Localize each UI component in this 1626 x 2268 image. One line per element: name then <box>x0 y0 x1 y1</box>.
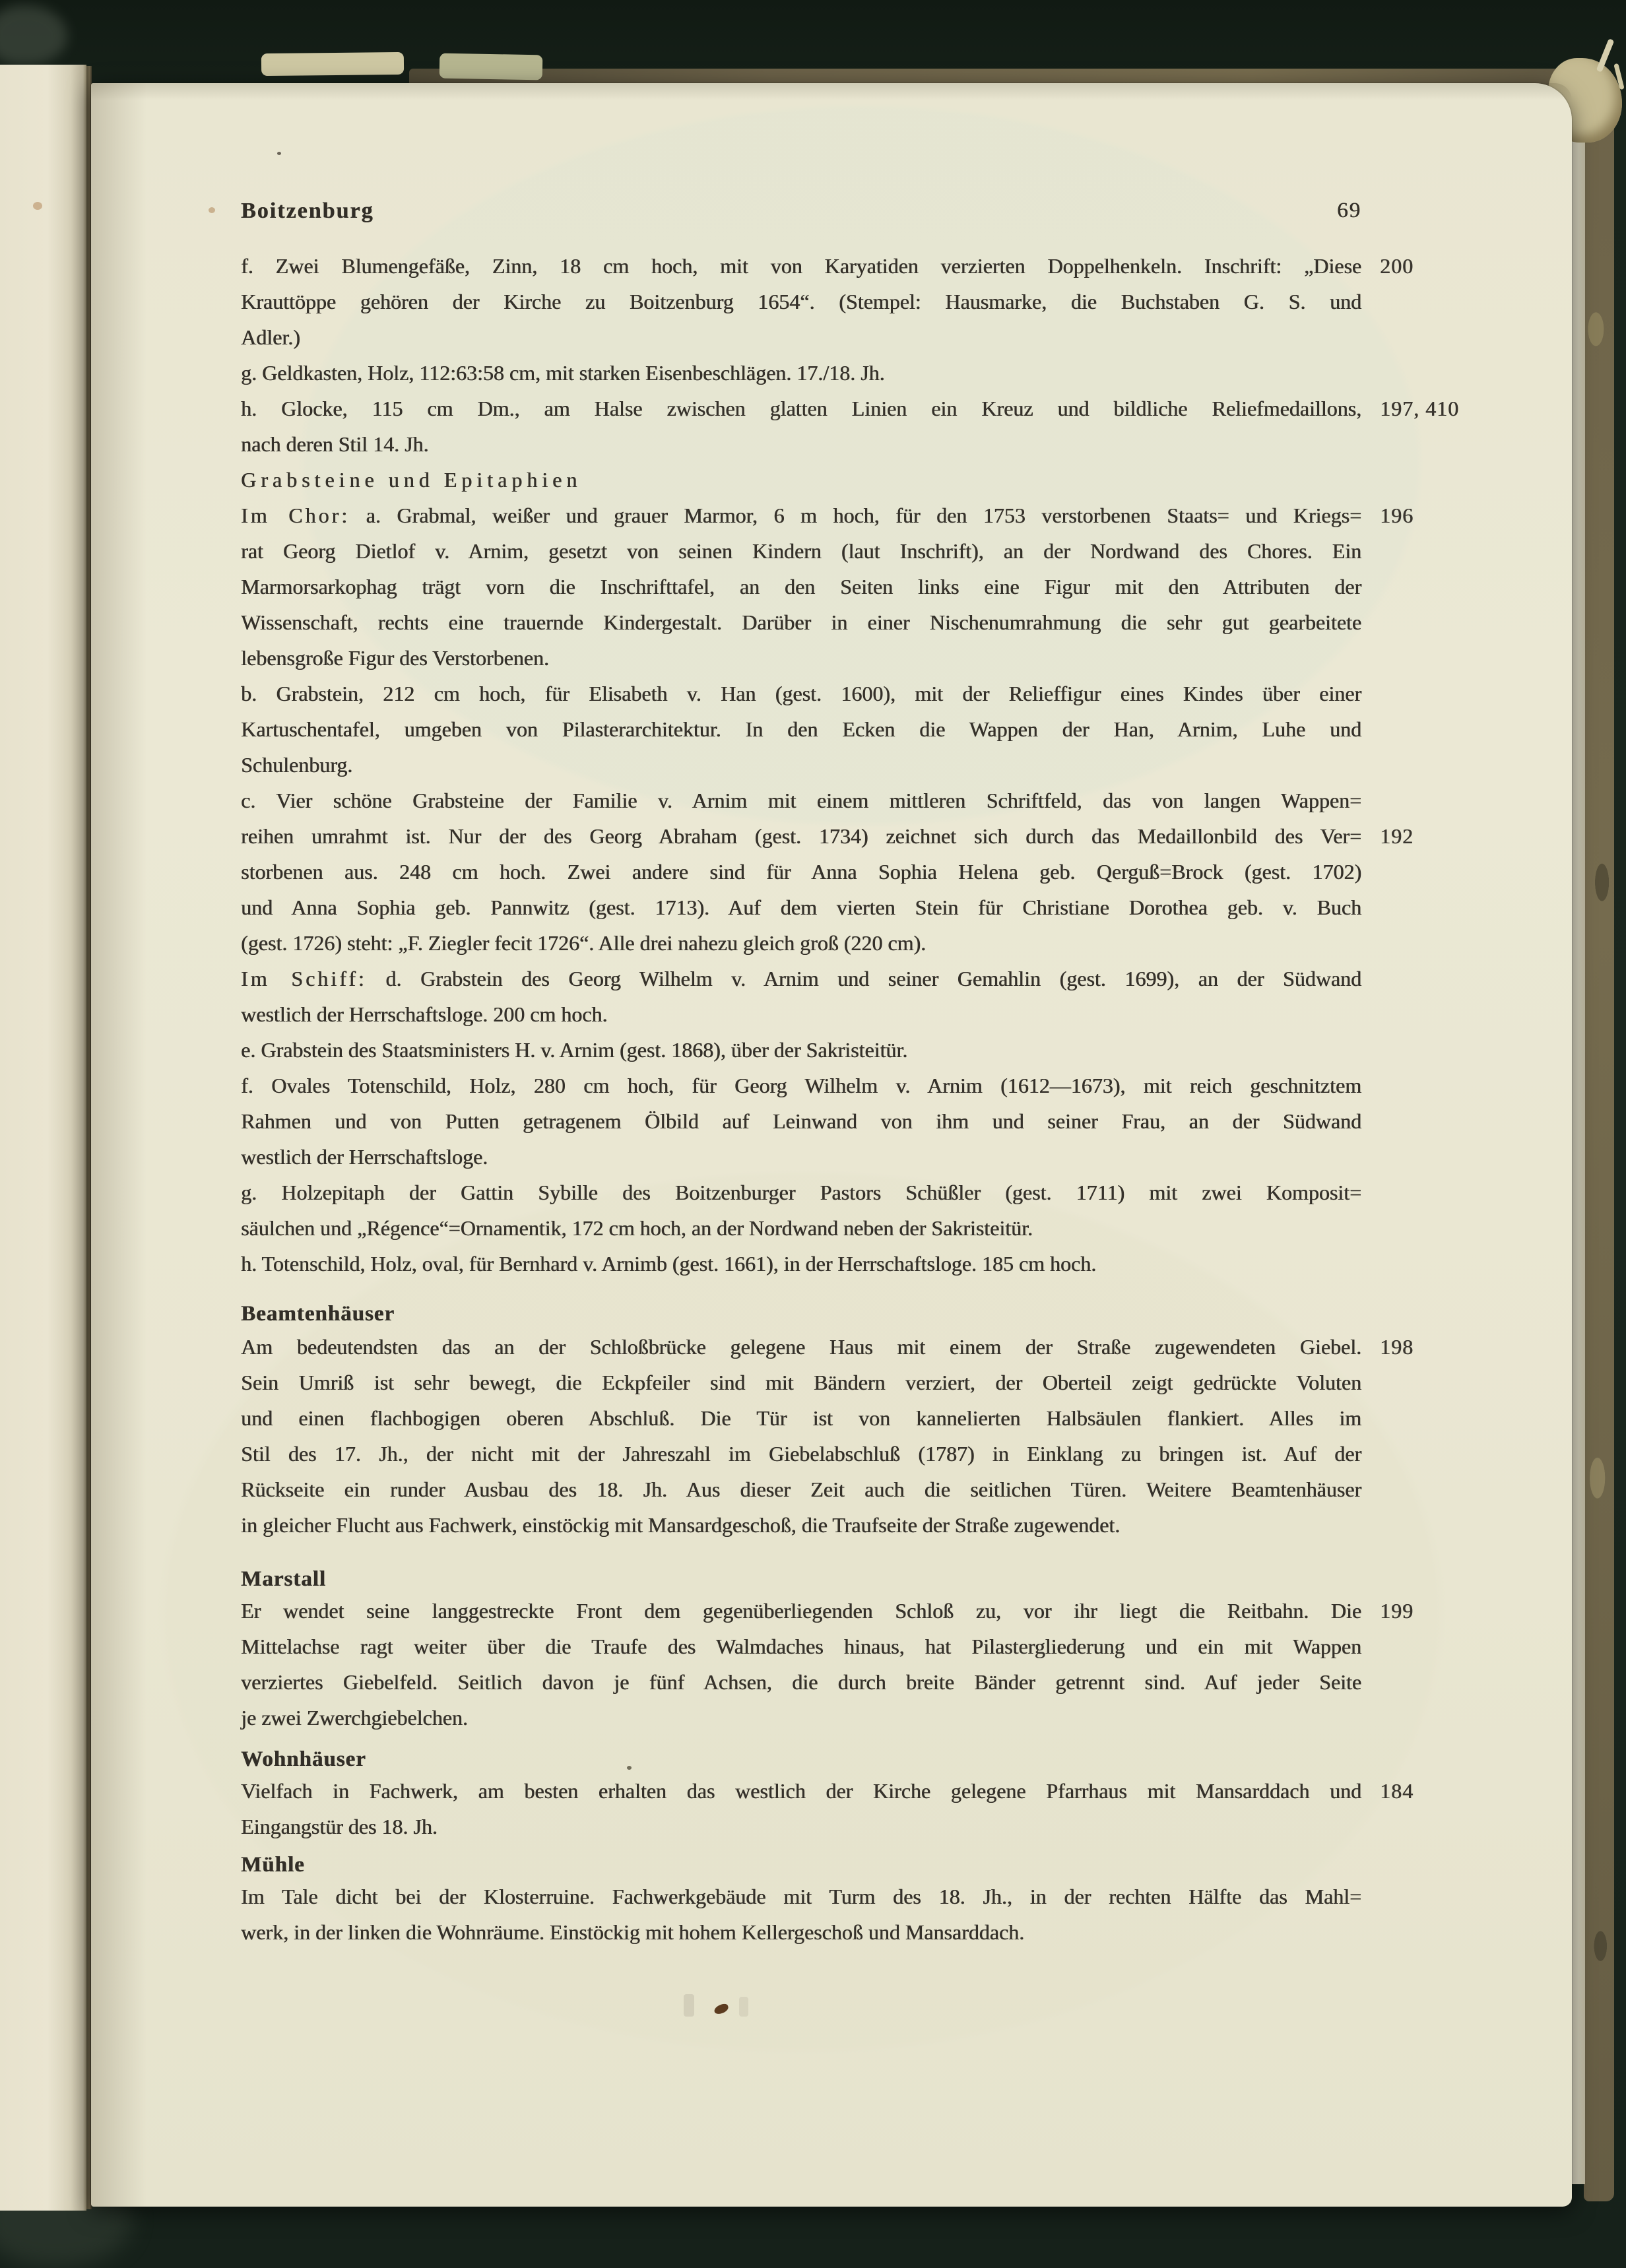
section-heading-gravestones: Grabsteine und Epitaphien <box>241 462 1361 498</box>
text-line: Krauttöppe gehören der Kirche zu Boitzen… <box>241 284 1361 319</box>
margin-figure-number: 198 <box>1380 1329 1512 1365</box>
paragraph-h-bell: h. Glocke, 115 cm Dm., am Halse zwischen… <box>241 391 1514 462</box>
foxing-spot <box>33 202 42 210</box>
paragraph-b-gravestone: b. Grabstein, 212 cm hoch, für Elisabeth… <box>241 676 1514 783</box>
text-line: Vielfach in Fachwerk, am besten erhalten… <box>241 1773 1361 1809</box>
text-line: westlich der Herrschaftsloge. <box>241 1139 1361 1175</box>
text-line: f. Ovales Totenschild, Holz, 280 cm hoch… <box>241 1068 1361 1103</box>
text-line: (gest. 1726) steht: „F. Ziegler fecit 17… <box>241 925 1361 961</box>
text-line: Im Tale dicht bei der Klosterruine. Fach… <box>241 1879 1361 1914</box>
text-line: Am bedeutendsten das an der Schloßbrücke… <box>241 1329 1361 1365</box>
paragraph-h2-death-shield: h. Totenschild, Holz, oval, für Bernhard… <box>241 1246 1514 1281</box>
show-through-smudge <box>739 1997 748 2017</box>
section-muehle-text: Im Tale dicht bei der Klosterruine. Fach… <box>241 1879 1514 1950</box>
paragraph-a-tomb: Im Chor: a. Grabmal, weißer und grauer M… <box>241 498 1514 676</box>
text-line: Im Schiff: d. Grabstein des Georg Wilhel… <box>241 961 1361 996</box>
margin-figure-number: 196 <box>1380 498 1512 533</box>
section-wohnhaeuser-text: Vielfach in Fachwerk, am besten erhalten… <box>241 1773 1514 1844</box>
paragraph-c-four-gravestones: c. Vier schöne Grabsteine der Familie v.… <box>241 783 1514 961</box>
section-title-muehle: Mühle <box>241 1847 305 1883</box>
bookmark-strip <box>439 53 543 81</box>
section-title-marstall: Marstall <box>241 1561 326 1597</box>
text-line-rest: d. Grabstein des Georg Wilhelm v. Arnim … <box>367 967 1361 990</box>
section-marstall-text: Er wendet seine langgestreckte Front dem… <box>241 1593 1514 1735</box>
paragraph-g-money-chest: g. Geldkasten, Holz, 112:63:58 cm, mit s… <box>241 355 1514 391</box>
section-title-beamtenhaeuser: Beamtenhäuser <box>241 1296 395 1332</box>
text-line: Stil des 17. Jh., der nicht mit der Jahr… <box>241 1436 1361 1472</box>
text-line: verziertes Giebelfeld. Seitlich davon je… <box>241 1664 1361 1700</box>
foxing-spot <box>209 207 215 213</box>
text-line: Mittelachse ragt weiter über die Traufe … <box>241 1629 1361 1664</box>
text-line: Rückseite ein runder Ausbau des 18. Jh. … <box>241 1472 1361 1507</box>
paragraph-f-flower-vessels: f. Zwei Blumengefäße, Zinn, 18 cm hoch, … <box>241 248 1514 355</box>
ink-speck <box>277 152 281 155</box>
section-beamtenhaeuser-text: Am bedeutendsten das an der Schloßbrücke… <box>241 1329 1514 1543</box>
facing-page-edge <box>0 65 86 2211</box>
text-line: in gleicher Flucht aus Fachwerk, einstöc… <box>241 1507 1361 1543</box>
text-line-rest: a. Grabmal, weißer und grauer Marmor, 6 … <box>350 503 1361 527</box>
margin-figure-number: 192 <box>1380 818 1512 854</box>
text-line: g. Geldkasten, Holz, 112:63:58 cm, mit s… <box>241 355 1361 391</box>
text-line: werk, in der linken die Wohnräume. Einst… <box>241 1914 1361 1950</box>
ink-blot <box>713 2003 730 2015</box>
cloth-fiber-smudge <box>0 5 67 65</box>
book-scan-scene: Boitzenburg 69 f. Zwei Blumengefäße, Zin… <box>0 0 1626 2268</box>
text-line: Er wendet seine langgestreckte Front dem… <box>241 1593 1361 1629</box>
paragraph-e-minister-gravestone: e. Grabstein des Staatsministers H. v. A… <box>241 1032 1514 1068</box>
page-header: Boitzenburg 69 <box>241 193 1361 228</box>
text-line: b. Grabstein, 212 cm hoch, für Elisabeth… <box>241 676 1361 711</box>
text-line: Kartuschentafel, umgeben von Pilasterarc… <box>241 711 1361 747</box>
section-title-wohnhaeuser: Wohnhäuser <box>241 1741 366 1777</box>
paragraph-d-nave-gravestone: Im Schiff: d. Grabstein des Georg Wilhel… <box>241 961 1514 1032</box>
text-line: lebensgroße Figur des Verstorbenen. <box>241 640 1361 676</box>
text-line: Eingangstür des 18. Jh. <box>241 1809 1361 1844</box>
running-title: Boitzenburg <box>241 199 374 223</box>
book-cover-fore-edge <box>1584 74 1614 2201</box>
margin-figure-number: 184 <box>1380 1773 1512 1809</box>
paragraph-f2-death-shield: f. Ovales Totenschild, Holz, 280 cm hoch… <box>241 1068 1514 1175</box>
text-line: f. Zwei Blumengefäße, Zinn, 18 cm hoch, … <box>241 248 1361 284</box>
margin-figure-number: 200 <box>1380 248 1512 284</box>
page-number: 69 <box>1337 193 1361 228</box>
in-choir-lead: Im Chor: <box>241 503 350 527</box>
book-page: Boitzenburg 69 f. Zwei Blumengefäße, Zin… <box>91 83 1572 2207</box>
paragraph-g2-wood-epitaph: g. Holzepitaph der Gattin Sybille des Bo… <box>241 1175 1514 1246</box>
text-line: e. Grabstein des Staatsministers H. v. A… <box>241 1032 1361 1068</box>
text-line: und einen flachbogigen oberen Abschluß. … <box>241 1400 1361 1436</box>
text-line: je zwei Zwerchgiebelchen. <box>241 1700 1361 1735</box>
show-through-smudge <box>684 1994 694 2017</box>
text-line: c. Vier schöne Grabsteine der Familie v.… <box>241 783 1361 818</box>
text-line: westlich der Herrschaftsloge. 200 cm hoc… <box>241 996 1361 1032</box>
text-line: g. Holzepitaph der Gattin Sybille des Bo… <box>241 1175 1361 1210</box>
text-line: Sein Umriß ist sehr bewegt, die Eckpfeil… <box>241 1365 1361 1400</box>
text-line: Im Chor: a. Grabmal, weißer und grauer M… <box>241 498 1361 533</box>
text-line: säulchen und „Régence“=Ornamentik, 172 c… <box>241 1210 1361 1246</box>
margin-figure-number: 197, 410 <box>1380 391 1512 426</box>
text-line: Schulenburg. <box>241 747 1361 783</box>
text-line: storbenen aus. 248 cm hoch. Zwei andere … <box>241 854 1361 890</box>
text-line: reihen umrahmt ist. Nur der des Georg Ab… <box>241 818 1361 854</box>
ink-speck <box>627 1766 632 1770</box>
in-nave-lead: Im Schiff: <box>241 967 367 990</box>
text-line: h. Glocke, 115 cm Dm., am Halse zwischen… <box>241 391 1361 426</box>
text-line: h. Totenschild, Holz, oval, für Bernhard… <box>241 1246 1361 1281</box>
text-line: und Anna Sophia geb. Pannwitz (gest. 171… <box>241 890 1361 925</box>
margin-figure-number: 199 <box>1380 1593 1512 1629</box>
text-line: rat Georg Dietlof v. Arnim, gesetzt von … <box>241 533 1361 569</box>
text-line: Rahmen und von Putten getragenem Ölbild … <box>241 1103 1361 1139</box>
text-line: Marmorsarkophag trägt vorn die Inschrift… <box>241 569 1361 604</box>
text-line: Adler.) <box>241 319 1361 355</box>
headband-strip <box>261 52 404 76</box>
text-line: nach deren Stil 14. Jh. <box>241 426 1361 462</box>
text-line: Wissenschaft, rechts eine trauernde Kind… <box>241 604 1361 640</box>
